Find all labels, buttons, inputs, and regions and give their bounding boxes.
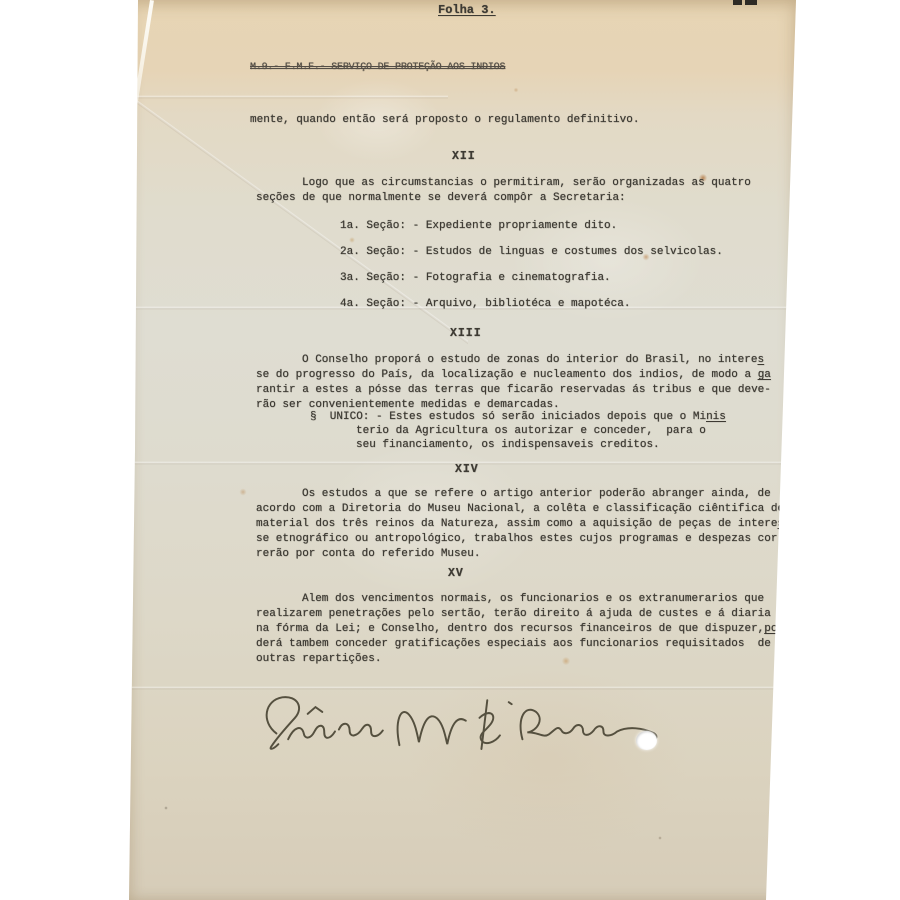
typed-line: derá tambem conceder gratificações espec… — [256, 638, 771, 651]
typed-line: realizarem penetrações pelo sertão, terã… — [256, 608, 771, 621]
paragraph-unico-line: seu financiamento, os indispensaveis cre… — [356, 439, 660, 452]
typed-line: rantir a estes a pósse das terras que fi… — [256, 384, 771, 397]
article-heading-xii: XII — [452, 150, 476, 163]
typed-line: se do progresso do País, da localização … — [256, 369, 771, 382]
article-heading-xiv: XIV — [455, 463, 479, 476]
section-list-item-3: 3a. Seção: - Fotografia e cinematografia… — [340, 272, 611, 285]
carryover-line: mente, quando então será proposto o regu… — [250, 114, 639, 127]
typed-line: Os estudos a que se refere o artigo ante… — [302, 488, 771, 501]
paragraph-unico-label: § UNICO: - — [310, 411, 389, 423]
typed-line: Logo que as circumstancias o permitiram,… — [302, 177, 751, 190]
clipped-ink-fragment — [733, 0, 742, 5]
typed-line: O Conselho proporá o estudo de zonas do … — [302, 354, 764, 367]
section-list-item-2: 2a. Seção: - Estudos de linguas e costum… — [340, 246, 723, 259]
horizontal-crease-top — [128, 95, 448, 99]
page-number-header: Folha 3. — [438, 4, 496, 17]
typed-line: Alem dos vencimentos normais, os funcion… — [302, 593, 764, 606]
typed-line: outras repartições. — [256, 653, 381, 666]
corner-tear-mark — [123, 0, 154, 169]
section-list-item-4: 4a. Seção: - Arquivo, bibliotéca e mapot… — [340, 298, 630, 311]
struck-letterhead-line: M.9.- F.M.F.- SERVIÇO DE PROTEÇÃO AOS IN… — [250, 61, 505, 74]
article-heading-xiii: XIII — [450, 327, 482, 340]
paragraph-unico-line: § UNICO: - Estes estudos só serão inicia… — [310, 411, 726, 424]
scanned-document-view: Folha 3. M.9.- F.M.F.- SERVIÇO DE PROTEÇ… — [0, 0, 900, 900]
typed-line: rerão por conta do referido Museu. — [256, 548, 480, 561]
clipped-ink-fragment — [745, 0, 757, 5]
document-page: Folha 3. M.9.- F.M.F.- SERVIÇO DE PROTEÇ… — [128, 0, 798, 900]
typed-line: na fórma da Lei; e Conselho, dentro dos … — [256, 623, 778, 636]
article-heading-xv: XV — [448, 567, 464, 580]
typed-line: seções de que normalmente se deverá comp… — [256, 192, 626, 205]
signature-handwriting — [253, 686, 663, 774]
typed-line: se etnográfico ou antropológico, trabalh… — [256, 533, 784, 546]
paragraph-unico-line: terio da Agricultura os autorizar e conc… — [356, 425, 706, 438]
paper-hole — [636, 731, 657, 750]
section-list-item-1: 1a. Seção: - Expediente propriamente dit… — [340, 220, 617, 233]
typed-line: acordo com a Diretoria do Museu Nacional… — [256, 503, 784, 516]
typed-line: material dos três reinos da Natureza, as… — [256, 518, 784, 531]
